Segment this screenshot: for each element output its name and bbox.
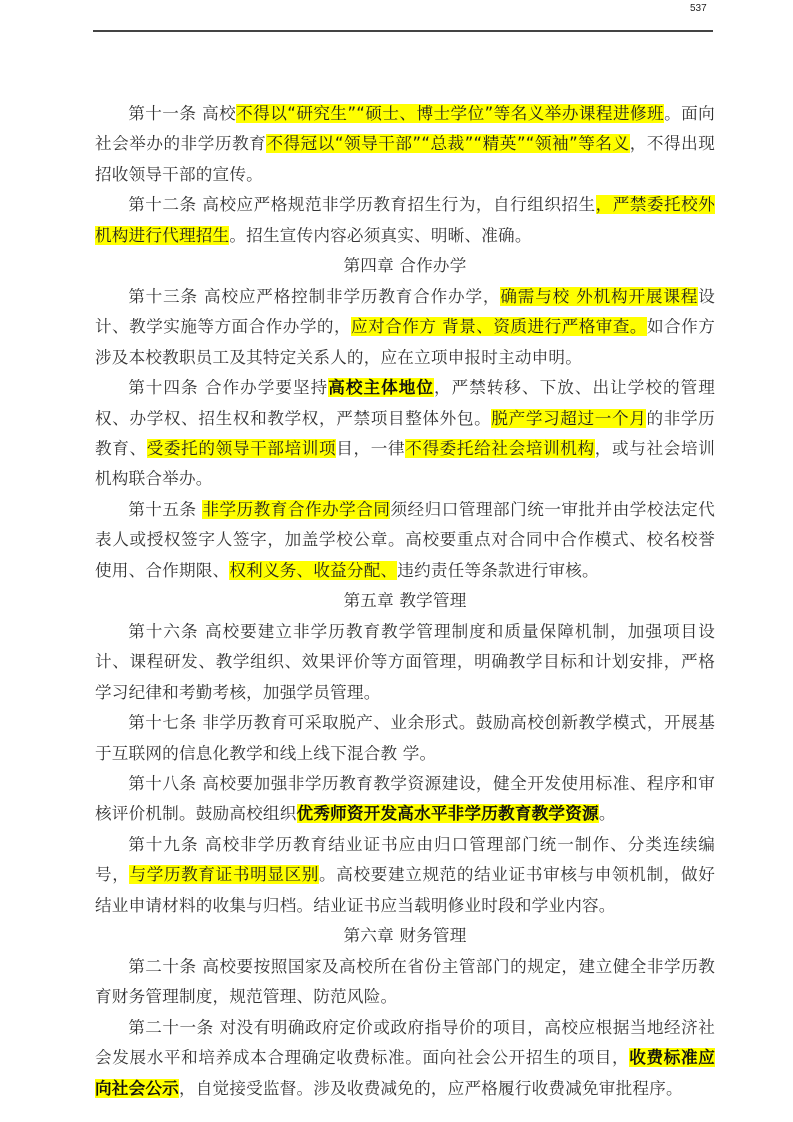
highlighted-text: 优秀师资开发高水平非学历教育教学资源 [297,804,599,823]
text-run: 违约责任等条款进行审核。 [397,561,599,580]
chapter-heading-chapter-6: 第六章 财务管理 [95,921,715,951]
text-run: 第十五条 [128,500,202,519]
paragraph-article-15: 第十五条 非学历教育合作办学合同须经归口管理部门统一审批并由学校法定代表人或授权… [95,495,715,586]
text-run: 第十六条 高校要建立非学历教育教学管理制度和质量保障机制，加强项目设计、课程研发… [95,622,715,702]
text-run: 第十三条 高校应严格控制非学历教育合作办学， [128,287,500,306]
highlighted-text: 受委托的领导干部培训项 [147,439,337,458]
highlighted-text: 高校主体地位 [328,378,434,397]
highlighted-text: 与学历教育证书明显区别 [129,865,319,884]
paragraph-article-19: 第十九条 高校非学历教育结业证书应由归口管理部门统一制作、分类连续编号，与学历教… [95,830,715,921]
text-run: 第十七条 非学历教育可采取脱产、业余形式。鼓励高校创新教学模式，开展基于互联网的… [95,713,715,762]
paragraph-article-11: 第十一条 高校不得以“研究生”“硕士、博士学位”等名义举办课程进修班。面向社会举… [95,99,715,190]
chapter-heading-chapter-5: 第五章 教学管理 [95,586,715,616]
highlighted-text: 确需与校 外机构开展课程 [500,287,698,306]
paragraph-article-13: 第十三条 高校应严格控制非学历教育合作办学，确需与校 外机构开展课程设计、教学实… [95,282,715,373]
text-run: 第十二条 高校应严格规范非学历教育招生行为，自行组织招生 [128,195,595,214]
header-rule [93,30,713,32]
page-number: 537 [690,3,707,14]
chapter-heading-chapter-4: 第四章 合作办学 [95,251,715,281]
document-body: 第十一条 高校不得以“研究生”“硕士、博士学位”等名义举办课程进修班。面向社会举… [95,99,715,1104]
highlighted-text: 应对合作方 背景、资质进行严格审查。 [351,317,647,336]
paragraph-article-18: 第十八条 高校要加强非学历教育教学资源建设，健全开发使用标准、程序和审核评价机制… [95,769,715,830]
highlighted-text: 不得冠以“领导干部”“总裁”“精英”“领袖”等名义 [266,134,629,153]
text-run: 第六章 财务管理 [343,926,466,945]
text-run: 第十一条 高校 [128,104,236,123]
highlighted-text: 权利义务、收益分配、 [229,561,397,580]
text-run: 第二十条 高校要按照国家及高校所在省份主管部门的规定，建立健全非学历教育财务管理… [95,957,715,1006]
text-run: 第二十一条 对没有明确政府定价或政府指导价的项目，高校应根据当地经济社会发展水平… [95,1018,715,1067]
highlighted-text: 不得委托给社会培训机构 [405,439,595,458]
highlighted-text: 脱产学习超过一个月 [491,409,646,428]
text-run: 第五章 教学管理 [343,591,466,610]
text-run: ，自觉接受监督。涉及收费减免的，应严格履行收费减免审批程序。 [179,1079,683,1098]
paragraph-article-14: 第十四条 合作办学要坚持高校主体地位，严禁转移、下放、出让学校的管理权、办学权、… [95,373,715,495]
paragraph-article-21: 第二十一条 对没有明确政府定价或政府指导价的项目，高校应根据当地经济社会发展水平… [95,1013,715,1104]
text-run: 目，一律 [336,439,405,458]
highlighted-text: 非学历教育合作办学合同 [202,500,390,519]
paragraph-article-20: 第二十条 高校要按照国家及高校所在省份主管部门的规定，建立健全非学历教育财务管理… [95,952,715,1013]
paragraph-article-17: 第十七条 非学历教育可采取脱产、业余形式。鼓励高校创新教学模式，开展基于互联网的… [95,708,715,769]
paragraph-article-16: 第十六条 高校要建立非学历教育教学管理制度和质量保障机制，加强项目设计、课程研发… [95,617,715,708]
highlighted-text: 不得以“研究生”“硕士、博士学位”等名义举办课程进修班 [236,104,664,123]
text-run: 第十四条 合作办学要坚持 [128,378,328,397]
text-run: 。 [599,804,616,823]
paragraph-article-12: 第十二条 高校应严格规范非学历教育招生行为，自行组织招生，严禁委托校外机构进行代… [95,190,715,251]
text-run: 。招生宣传内容必须真实、明晰、准确。 [229,226,531,245]
text-run: 第四章 合作办学 [343,256,466,275]
